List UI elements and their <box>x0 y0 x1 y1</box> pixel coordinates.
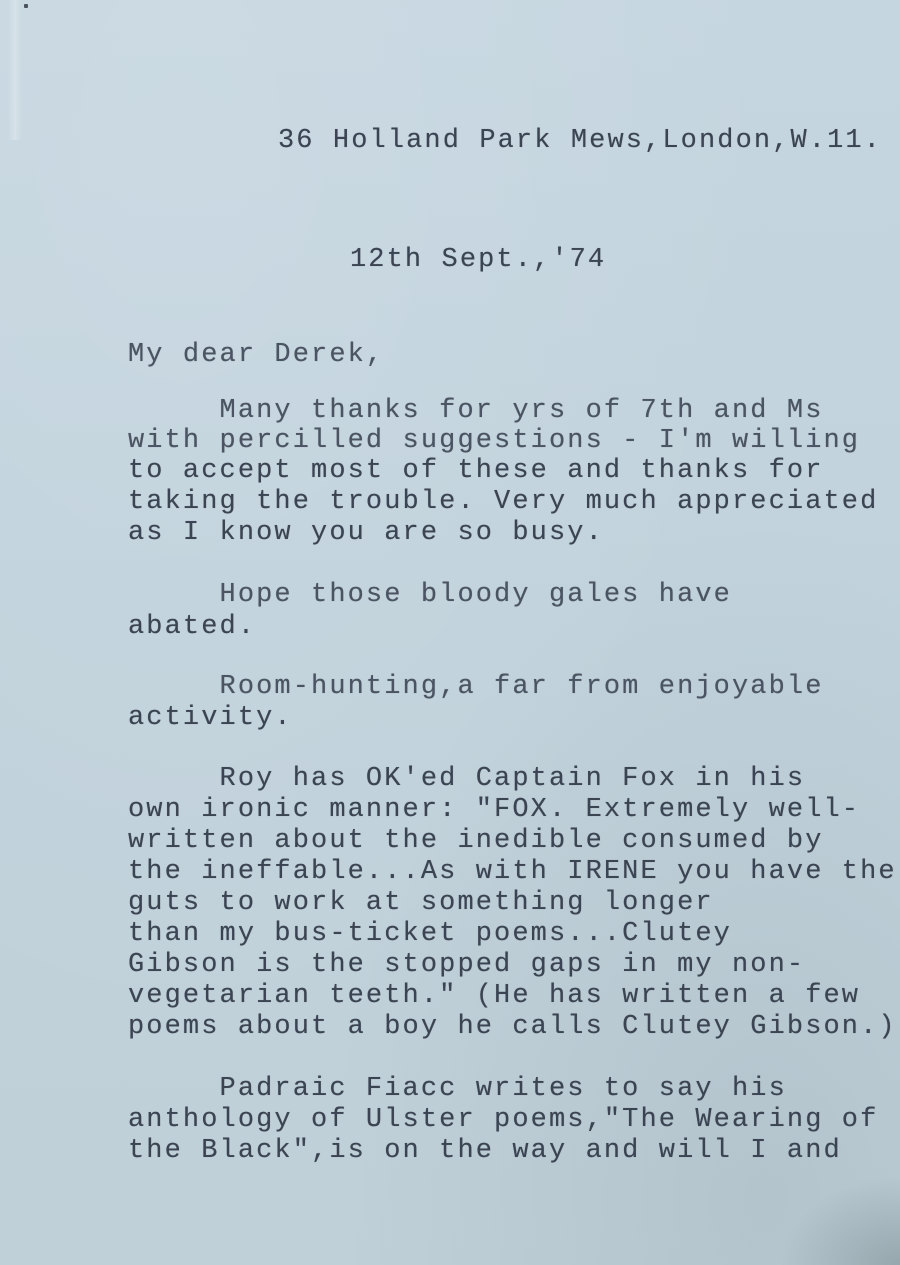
letter-paper: 36 Holland Park Mews,London,W.11. 12th S… <box>0 0 900 1265</box>
text-line: the Black",is on the way and will I and <box>128 1136 842 1166</box>
text-line: anthology of Ulster poems,"The Wearing o… <box>128 1105 878 1135</box>
text-line: Padraic Fiacc writes to say his <box>128 1074 787 1104</box>
salutation: My dear Derek, <box>128 340 384 370</box>
text-line: guts to work at something longer <box>128 888 714 918</box>
text-line: Roy has OK'ed Captain Fox in his <box>128 764 805 794</box>
paper-crease <box>8 0 22 140</box>
text-line: Gibson is the stopped gaps in my non- <box>128 950 805 980</box>
text-line: written about the inedible consumed by <box>128 826 824 856</box>
text-line: taking the trouble. Very much appreciate… <box>128 487 878 517</box>
text-line: Room-hunting,a far from enjoyable <box>128 672 824 702</box>
text-line: as I know you are so busy. <box>128 518 604 548</box>
staple-mark <box>24 4 28 8</box>
text-line: activity. <box>128 703 293 733</box>
text-line: the ineffable...As with IRENE you have t… <box>128 857 897 887</box>
text-line: Many thanks for yrs of 7th and Ms <box>128 396 824 426</box>
text-line: than my bus-ticket poems...Clutey <box>128 919 732 949</box>
text-line: vegetarian teeth." (He has written a few <box>128 981 860 1011</box>
letter-date: 12th Sept.,'74 <box>350 245 606 275</box>
text-line: abated. <box>128 612 256 642</box>
text-line: poems about a boy he calls Clutey Gibson… <box>128 1012 897 1042</box>
corner-fold-shadow <box>780 1175 900 1265</box>
text-line: own ironic manner: "FOX. Extremely well- <box>128 795 860 825</box>
text-line: Hope those bloody gales have <box>128 580 732 610</box>
sender-address: 36 Holland Park Mews,London,W.11. <box>278 126 882 156</box>
text-line: to accept most of these and thanks for <box>128 456 824 486</box>
text-line: with percilled suggestions - I'm willing <box>128 426 860 456</box>
